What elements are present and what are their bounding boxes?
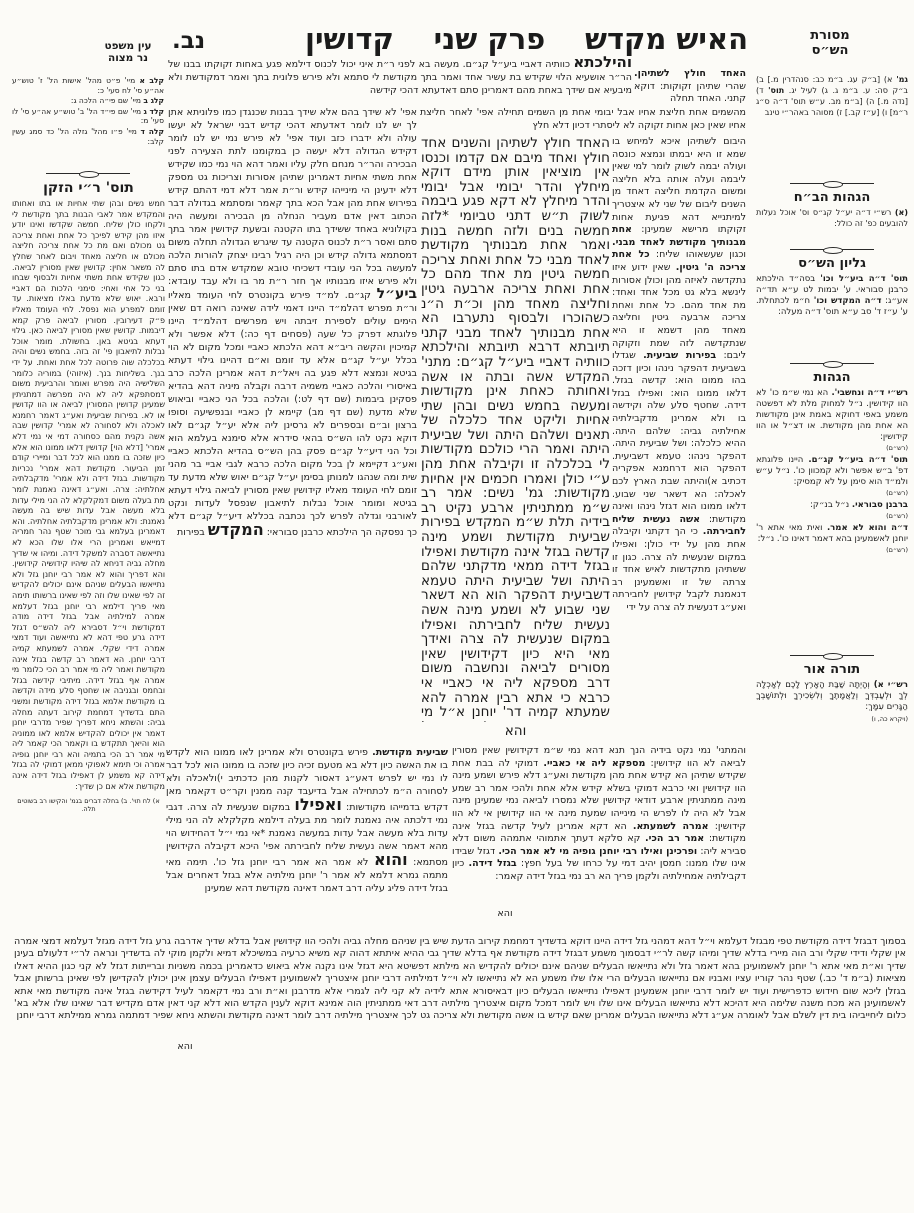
page-title: האיש מקדש פרק שני קדושין — [305, 24, 748, 54]
rashi-dibbur: מספקא ליה אי כאביי. — [543, 758, 645, 769]
gemara-text: האחד חולץ לשתיהן והשנים אחד חולץ ואחד מי… — [421, 136, 610, 722]
gilyon-hashas-title: גליון הש״ס — [756, 256, 908, 271]
tosafot-dibbur: ואפילו — [294, 795, 342, 814]
title-chapter-number: פרק שני — [434, 24, 546, 54]
rashi-bottom-catchword: והא — [460, 908, 550, 921]
title-tractate: קדושין — [305, 24, 394, 54]
section-divider-icon — [790, 180, 874, 187]
ein-entry-text: מיי' שם פי״ד הל' ב' טוש״ע אה״ע סי' לו סע… — [12, 107, 164, 126]
gemara-catchword: והא — [421, 724, 610, 739]
torah-or-body: רש״י א) וְהָיְתָה שַׁבַּת הָאָרֶץ לָכֶם … — [756, 680, 908, 723]
tosafot-ri-hazaken-title: תוס' ר״י הזקן — [12, 180, 165, 196]
rashi-bottom-block: והמתני' נמי נקט בידיה הנך תנא דהא נמי ש״… — [452, 745, 746, 907]
hagahot-signature: (רש״ם) — [756, 444, 908, 452]
talmud-page: מסורת הש״ס האיש מקדש פרק שני קדושין נב. … — [0, 0, 914, 1213]
hagahot-signature: (רש״ם) — [756, 489, 908, 497]
section-divider-icon — [790, 246, 874, 253]
hagahot-habach-body: (א) רש״י ד״ה יע״ל קג״ס וס' אוכל נעלות לה… — [756, 207, 908, 229]
title-chapter-name: האיש מקדש — [585, 24, 748, 54]
torah-or-title: תורה אור — [756, 662, 908, 677]
ein-mishpat-header-line2: נר מצוה — [88, 52, 168, 64]
hagahot-dibbur: תוס' ד״ה ביע״ל קג״ם. — [808, 455, 908, 465]
tosafot-dibbur: שביעית מקודשת. — [372, 747, 448, 758]
rashi-dibbur: ופרכינן ואילו רבי יוחנן גופיה מי לא אמר … — [498, 846, 697, 857]
rashi-dibbur: אמרה לשמעתא. — [633, 821, 709, 832]
bach-text: רש״י ד״ה יע״ל קג״ס וס' אוכל נעלות להובעי… — [756, 208, 908, 228]
hagahot-signature: (רש״ם) — [756, 546, 908, 554]
rashi-dibbur: אמר רב הכי. — [645, 833, 704, 844]
hagahot-dibbur: ד״ה והוא לא אמר. — [827, 523, 908, 533]
ein-entry-label: קלב א — [139, 76, 164, 85]
hagahot-body: רש״י ד״ה ונחשבי'. הא נמי ש״מ כו' לא הוו … — [756, 388, 908, 557]
rashi-column: היבום לשתיהן איכא למיחש בו שמא זו היא יב… — [612, 136, 746, 740]
rashi-text: שהרי שתיהן זקוקות: דוקא קתני. האחד תחלה — [634, 81, 746, 105]
gilyon-dibbur: ד״ה המקדש וכו' — [814, 296, 882, 306]
tosafot-text: בפירות — [177, 527, 208, 538]
ein-mishpat-entry: קלג ב מיי' שם פי״ה הלכה ג: — [12, 96, 164, 106]
masoret-label: גמ' — [896, 75, 908, 84]
bottom-wide-block: בסמוך דבגזל דידה מקודשת טפי מבגזל דעלמא … — [14, 936, 906, 1036]
tosafot-opening-text: כוותיה דאביי ביע״ל קג״ם. מעשה בא לפני ר״… — [168, 59, 632, 96]
rashi-text: שגדלו בשביעית דהפקר נינהו וכיון דזכה בהו… — [612, 350, 746, 525]
rashi-wide-lines: מהשמים אחת חליצת אחיו אבל יבומי אחת מן ה… — [420, 107, 746, 133]
ein-mishpat-entry: קלב א מיי' פ״ט מהל' אישות הל' ז' טוש״ע א… — [12, 76, 164, 95]
hagahot-entry: ברבנן סבוראי. נ״ל בנ״ק:(רש״ם) — [756, 500, 908, 520]
hagahot-signature: (רש״ם) — [756, 512, 908, 520]
masoret-header-line1: מסורת — [752, 28, 908, 43]
ein-entry-label: קלג ב — [143, 96, 164, 105]
rashi-text: כי הך דקתני וקיבלה אחת מהן על ידי כולן: … — [612, 526, 746, 613]
gilyon-dibbur: תוס' ד״ה ביע״ל וכו' — [820, 274, 908, 284]
rashi-dibbur: בפירות שביעית. — [643, 350, 716, 361]
tosafot-bottom-block: שביעית מקודשת. פירש בקונטרס ולא אמרינן ל… — [166, 746, 448, 938]
rashi-opening: האחד חולץ לשתיהן. שהרי שתיהן זקוקות: דוק… — [634, 68, 746, 106]
hagahot-entry: ד״ה והוא לא אמר. ואית מאי אתא ר' יוחנן ל… — [756, 523, 908, 554]
bottom-catchword: והא — [140, 1040, 230, 1053]
tosafot-opening-word: והילכתא — [573, 56, 632, 71]
ein-mishpat-header-line1: עין משפט — [88, 40, 168, 52]
rashi-text: שאין ידוע איזו נתקדשה לאיזה מהן וכולן אס… — [612, 262, 746, 361]
rashi-dibbur: האחד חולץ לשתיהן. — [634, 68, 746, 79]
hagahot-dibbur: רש״י ד״ה ונחשבי'. — [831, 388, 908, 398]
masoret-label: תוס' — [768, 86, 784, 95]
ein-entry-label: קלד ג — [144, 107, 164, 116]
hagahot-habach-title: הגהות הב״ח — [756, 190, 908, 205]
ein-mishpat-header: עין משפט נר מצוה — [88, 40, 168, 64]
masoret-hashas-body: גמ' א) [ב״ק עג. ב״מ כב: סנהדרין מ.] ב) ב… — [756, 74, 908, 118]
hagahot-entry: תוס' ד״ה ביע״ל קג״ם. היינו פלוגתא דפ' ב״… — [756, 455, 908, 497]
ein-mishpat-entry: קלד ג מיי' שם פי״ד הל' ב' טוש״ע אה״ע סי'… — [12, 107, 164, 126]
masoret-hashas-header: מסורת הש״ס — [752, 28, 908, 58]
tosafot-column: אפי' לא שידך בהם אלא שידך בבנות שכנגדן כ… — [168, 106, 417, 744]
torah-or-prefix: רש״י א) — [874, 680, 908, 690]
ein-entry-label: קלה ד — [141, 127, 165, 136]
ein-mishpat-body: קלב א מיי' פ״ט מהל' אישות הל' ז' טוש״ע א… — [12, 76, 164, 147]
rashi-text: היבום לשתיהן איכא למיחש בו שמא זו היא יב… — [612, 136, 746, 235]
hagahot-dibbur: ברבנן סבוראי. — [852, 500, 908, 510]
section-divider-icon — [46, 170, 130, 177]
tosafot-text: אפי' לא שידך בהם אלא שידך בבנות שכנגדן כ… — [168, 107, 417, 287]
tosafot-ri-hazaken-footnote: א) לח תוי'. ב) בחלה דברים בגמ' והקישו רב… — [12, 797, 165, 813]
tosafot-dibbur: והוא — [374, 850, 408, 869]
hagahot-text: נ״ל בנ״ק: — [810, 500, 852, 510]
tosafot-dibbur: ביע״ל — [377, 286, 417, 302]
gilyon-hashas-body: תוס' ד״ה ביע״ל וכו' בסה״ד הילכתא כרבנן ס… — [756, 274, 908, 318]
ein-entry-text: מיי' שם פי״ה הלכה ג: — [71, 96, 141, 105]
tosafot-opening: והילכתא כוותיה דאביי ביע״ל קג״ם. מעשה בא… — [168, 56, 632, 104]
section-divider-icon — [790, 652, 874, 659]
tosafot-ri-hazaken-body: חמש נשים ובהן שתי אחיות או בתו ואחותו וה… — [12, 199, 165, 791]
rashi-text: וכגון שעשאוהו שליח: — [650, 249, 746, 260]
torah-or-citation: (ויקרא כה, ו) — [756, 715, 908, 723]
ein-mishpat-entry: קלה ד מיי' פ״ו מהל' גזלה הל' כד סמג עשין… — [12, 127, 164, 146]
tosafot-dibbur: המקדש — [208, 520, 264, 539]
bach-mark: (א) — [895, 208, 908, 217]
rashi-dibbur: בגזל דידה. — [469, 858, 517, 869]
daf-number: נב. — [172, 28, 205, 54]
hagahot-entry: רש״י ד״ה ונחשבי'. הא נמי ש״מ כו' לא הוו … — [756, 388, 908, 452]
hagahot-title: הגהות — [756, 370, 908, 385]
tosafot-text: קג״ם. למ״ד פירש בקונטרס לחי העומד מאליו … — [168, 290, 417, 538]
section-divider-icon — [790, 360, 874, 367]
masoret-header-line2: הש״ס — [752, 43, 908, 58]
